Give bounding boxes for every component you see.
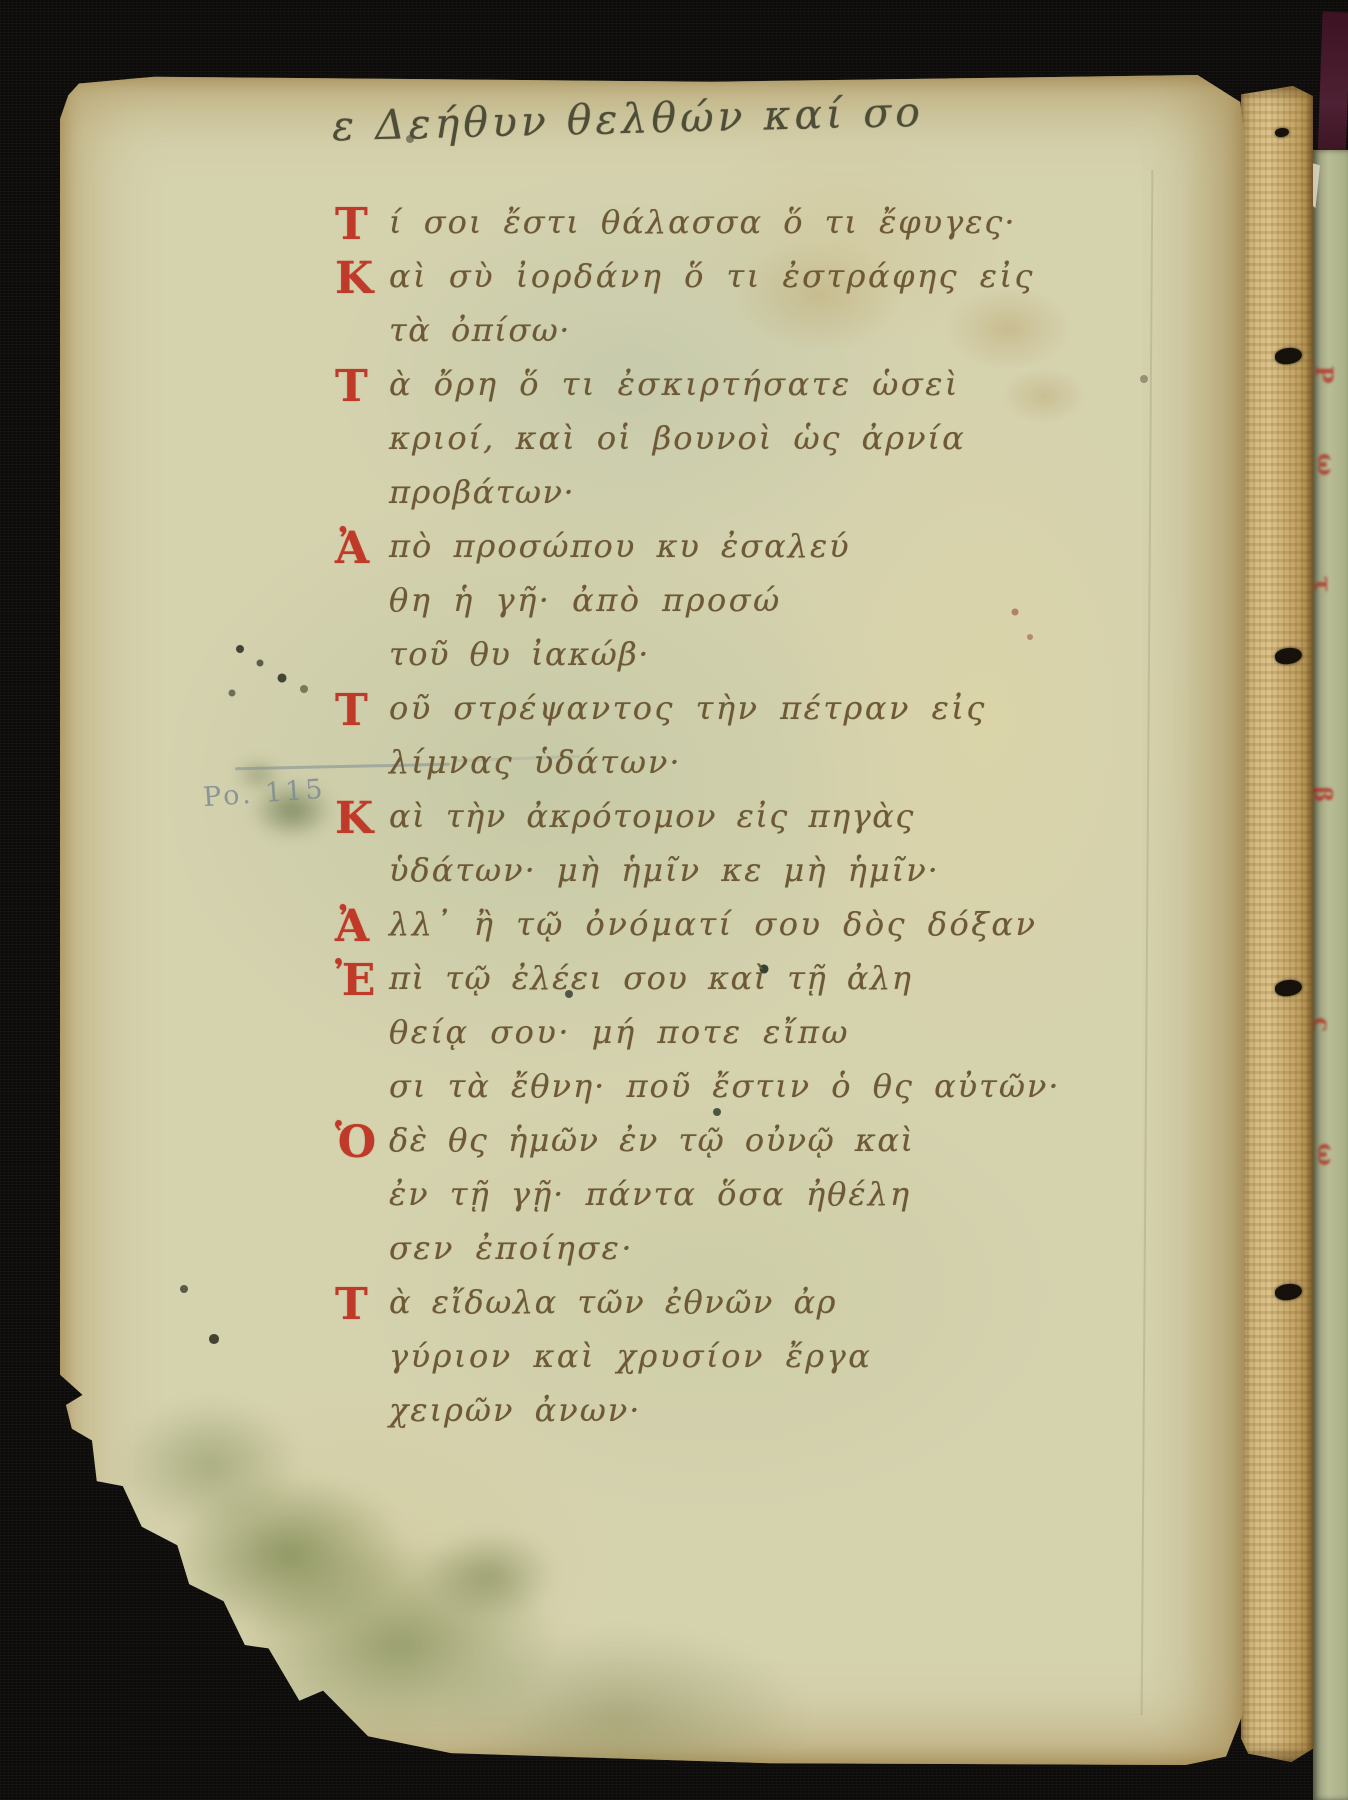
rubric-initial: Τ bbox=[335, 689, 368, 733]
text-line: τὰ ὀπίσω· bbox=[343, 311, 1063, 365]
page-stack-fore-edge bbox=[1241, 86, 1313, 1762]
text-line: Κ αὶ σὺ ἰορδάνη ὅ τι ἐστράφης εἰς bbox=[343, 257, 1063, 311]
rubric-initial: Κ bbox=[335, 797, 373, 841]
rubric-initial: Κ bbox=[335, 257, 373, 301]
text-line: γύριον καὶ χρυσίον ἔργα bbox=[343, 1337, 1063, 1391]
text-line: χειρῶν ἀνων· bbox=[343, 1391, 1063, 1445]
line-text: ὰ εἴδωλα τῶν ἐθνῶν ἀρ bbox=[389, 1283, 837, 1321]
facing-page-edge: Ρ ω τ β ς ω bbox=[1313, 150, 1348, 1800]
manuscript-page: ε Δεήθυν θελθών καί σο Po. 115 Τ ί σοι ἔ… bbox=[60, 75, 1245, 1765]
line-text: σι τὰ ἔθνη· ποῦ ἔστιν ὁ θς αὐτῶν· bbox=[389, 1067, 1061, 1105]
line-text: τὰ ὀπίσω· bbox=[389, 311, 571, 349]
line-text: τοῦ θυ ἰακώβ· bbox=[389, 635, 650, 673]
line-text: ἐν τῇ γῇ· πάντα ὅσα ἠθέλη bbox=[389, 1175, 911, 1213]
line-text: αὶ σὺ ἰορδάνη ὅ τι ἐστράφης εἰς bbox=[389, 257, 1035, 295]
text-block: Τ ί σοι ἔστι θάλασσα ὅ τι ἔφυγες· Κ αὶ σ… bbox=[343, 203, 1063, 1445]
ghost-rubric-mark: Ρ bbox=[1310, 365, 1339, 383]
line-text: αὶ τὴν ἀκρότομον εἰς πηγὰς bbox=[389, 797, 915, 835]
worm-hole bbox=[1274, 127, 1289, 138]
clasp-slit bbox=[1274, 346, 1303, 366]
text-line: Τ ί σοι ἔστι θάλασσα ὅ τι ἔφυγες· bbox=[343, 203, 1063, 257]
text-line: κριοί, καὶ οἱ βουνοὶ ὡς ἀρνία bbox=[343, 419, 1063, 473]
rubric-initial: Ἐ bbox=[335, 959, 375, 1003]
text-line: θη ἡ γῆ· ἀπὸ προσώ bbox=[343, 581, 1063, 635]
line-text: χειρῶν ἀνων· bbox=[389, 1391, 641, 1429]
line-text: πὶ τῷ ἐλέει σου καὶ τῇ ἀλη bbox=[389, 959, 912, 997]
text-line: Τ ὰ ὄρη ὅ τι ἐσκιρτήσατε ὡσεὶ bbox=[343, 365, 1063, 419]
text-line: Τ ὰ εἴδωλα τῶν ἐθνῶν ἀρ bbox=[343, 1283, 1063, 1337]
text-line: σεν ἐποίησε· bbox=[343, 1229, 1063, 1283]
line-text: πὸ προσώπου κυ ἐσαλεύ bbox=[389, 527, 851, 565]
text-line: λίμνας ὑδάτων· bbox=[343, 743, 1063, 797]
text-line: ὑδάτων· μὴ ἡμῖν κε μὴ ἡμῖν· bbox=[343, 851, 1063, 905]
text-line: σι τὰ ἔθνη· ποῦ ἔστιν ὁ θς αὐτῶν· bbox=[343, 1067, 1063, 1121]
text-line: Ὁ δὲ θς ἡμῶν ἐν τῷ οὐνῷ καὶ bbox=[343, 1121, 1063, 1175]
line-text: θείᾳ σου· μή ποτε εἴπω bbox=[389, 1013, 850, 1051]
text-line: προβάτων· bbox=[343, 473, 1063, 527]
ghost-rubric-mark: ω bbox=[1312, 453, 1341, 476]
line-text: σεν ἐποίησε· bbox=[389, 1229, 634, 1267]
ink-specks bbox=[60, 75, 64, 79]
text-line: τοῦ θυ ἰακώβ· bbox=[343, 635, 1063, 689]
line-text: ί σοι ἔστι θάλασσα ὅ τι ἔφυγες· bbox=[389, 203, 1017, 241]
rubric-initial: Ἀ bbox=[335, 905, 369, 949]
line-text: οῦ στρέψαντος τὴν πέτραν εἰς bbox=[389, 689, 987, 727]
line-text: λίμνας ὑδάτων· bbox=[389, 743, 682, 781]
text-line: ἐν τῇ γῇ· πάντα ὅσα ἠθέλη bbox=[343, 1175, 1063, 1229]
ghost-rubric-mark: ω bbox=[1312, 1143, 1341, 1166]
text-line: Ἐ πὶ τῷ ἐλέει σου καὶ τῇ ἀλη bbox=[343, 959, 1063, 1013]
text-line: Ἀ πὸ προσώπου κυ ἐσαλεύ bbox=[343, 527, 1063, 581]
text-line: Ἀ λλ᾽ ἢ τῷ ὀνόματί σου δὸς δόξαν bbox=[343, 905, 1063, 959]
line-text: ὰ ὄρη ὅ τι ἐσκιρτήσατε ὡσεὶ bbox=[389, 365, 960, 403]
text-line: Τ οῦ στρέψαντος τὴν πέτραν εἰς bbox=[343, 689, 1063, 743]
line-text: προβάτων· bbox=[389, 473, 575, 511]
line-text: θη ἡ γῆ· ἀπὸ προσώ bbox=[389, 581, 782, 619]
photo-background: Ρ ω τ β ς ω ε Δεήθυν θελθών καί σο Po. 1… bbox=[0, 0, 1348, 1800]
binding-cover-edge bbox=[1317, 12, 1348, 165]
line-text: λλ᾽ ἢ τῷ ὀνόματί σου δὸς δόξαν bbox=[389, 905, 1037, 943]
line-text: γύριον καὶ χρυσίον ἔργα bbox=[389, 1337, 872, 1375]
rubric-initial: Ἀ bbox=[335, 527, 369, 571]
rubric-initial: Τ bbox=[335, 365, 368, 409]
line-text: κριοί, καὶ οἱ βουνοὶ ὡς ἀρνία bbox=[389, 419, 966, 457]
text-line: Κ αὶ τὴν ἀκρότομον εἰς πηγὰς bbox=[343, 797, 1063, 851]
clasp-slit bbox=[1274, 646, 1303, 666]
clasp-slit bbox=[1274, 1282, 1303, 1302]
text-line: θείᾳ σου· μή ποτε εἴπω bbox=[343, 1013, 1063, 1067]
rubric-initial: Ὁ bbox=[335, 1121, 376, 1165]
clasp-slit bbox=[1274, 978, 1303, 998]
rubric-initial: Τ bbox=[335, 1283, 368, 1327]
line-text: δὲ θς ἡμῶν ἐν τῷ οὐνῷ καὶ bbox=[389, 1121, 915, 1159]
line-text: ὑδάτων· μὴ ἡμῖν κε μὴ ἡμῖν· bbox=[389, 851, 940, 889]
rubric-initial: Τ bbox=[335, 203, 368, 247]
